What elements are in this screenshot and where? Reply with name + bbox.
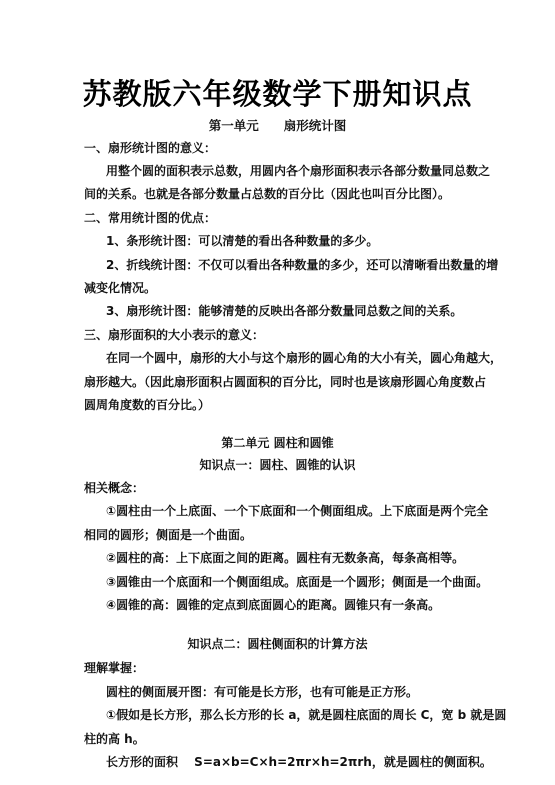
- list-item: ①圆柱由一个上底面、一个下底面和一个侧面组成。上下底面是两个完全: [106, 503, 488, 519]
- paragraph-line: 在同一个圆中，扇形的大小与这个扇形的圆心角的大小有关，圆心角越大，: [106, 350, 502, 366]
- paragraph-line: 圆柱的侧面展开图：有可能是长方形，也有可能是正方形。: [106, 684, 418, 700]
- paragraph-line: 柱的高 h。: [84, 731, 145, 747]
- formula-line: 长方形的面积 S=a×b=C×h=2πr×h=2πrh，就是圆柱的侧面积。: [106, 754, 492, 770]
- list-item: ③圆锥由一个底面和一个侧面组成。底面是一个圆形；侧面是一个曲面。: [106, 574, 488, 590]
- list-item: ②圆柱的高：上下底面之间的距离。圆柱有无数条高，每条高相等。: [106, 550, 464, 566]
- section-heading: 三、扇形面积的大小表示的意义：: [84, 327, 264, 343]
- unit2-heading: 第二单元 圆柱和圆锥: [0, 435, 555, 451]
- list-item: 2、折线统计图：不仅可以看出各种数量的多少，还可以清晰看出数量的增: [106, 257, 498, 273]
- unit1-heading: 第一单元 扇形统计图: [0, 118, 555, 134]
- list-item: 3、扇形统计图：能够清楚的反映出各部分数量同总数之间的关系。: [106, 303, 462, 319]
- list-item: 1、条形统计图：可以清楚的看出各种数量的多少。: [106, 233, 378, 249]
- paragraph-line: 用整个圆的面积表示总数，用圆内各个扇形面积表示各部分数量同总数之: [106, 163, 490, 179]
- paragraph-line: 圆周角度数的百分比。）: [84, 397, 210, 413]
- document-page: 苏教版六年级数学下册知识点 第一单元 扇形统计图 一、扇形统计图的意义： 用整个…: [0, 0, 555, 785]
- knowledge-point-heading: 知识点一：圆柱、圆锥的认识: [0, 457, 555, 473]
- paragraph-line: ①假如是长方形，那么长方形的长 a，就是圆柱底面的周长 C，宽 b 就是圆: [106, 707, 506, 723]
- paragraph-line: 间的关系。也就是各部分数量占总数的百分比（因此也叫百分比图）。: [84, 186, 450, 202]
- knowledge-point-heading: 知识点二：圆柱侧面积的计算方法: [0, 636, 555, 652]
- section-heading: 二、常用统计图的优点：: [84, 210, 216, 226]
- section-heading: 一、扇形统计图的意义：: [84, 140, 216, 156]
- section-heading: 相关概念：: [84, 480, 144, 496]
- list-item-continuation: 相同的圆形；侧面是一个曲面。: [84, 527, 252, 543]
- document-title: 苏教版六年级数学下册知识点: [0, 72, 555, 113]
- list-item-continuation: 减变化情况。: [84, 280, 156, 296]
- paragraph-line: 扇形越大。（因此扇形面积占圆面积的百分比，同时也是该扇形圆心角度数占: [84, 374, 486, 390]
- section-heading: 理解掌握：: [84, 660, 144, 676]
- list-item: ④圆锥的高：圆锥的定点到底面圆心的距离。圆锥只有一条高。: [106, 597, 440, 613]
